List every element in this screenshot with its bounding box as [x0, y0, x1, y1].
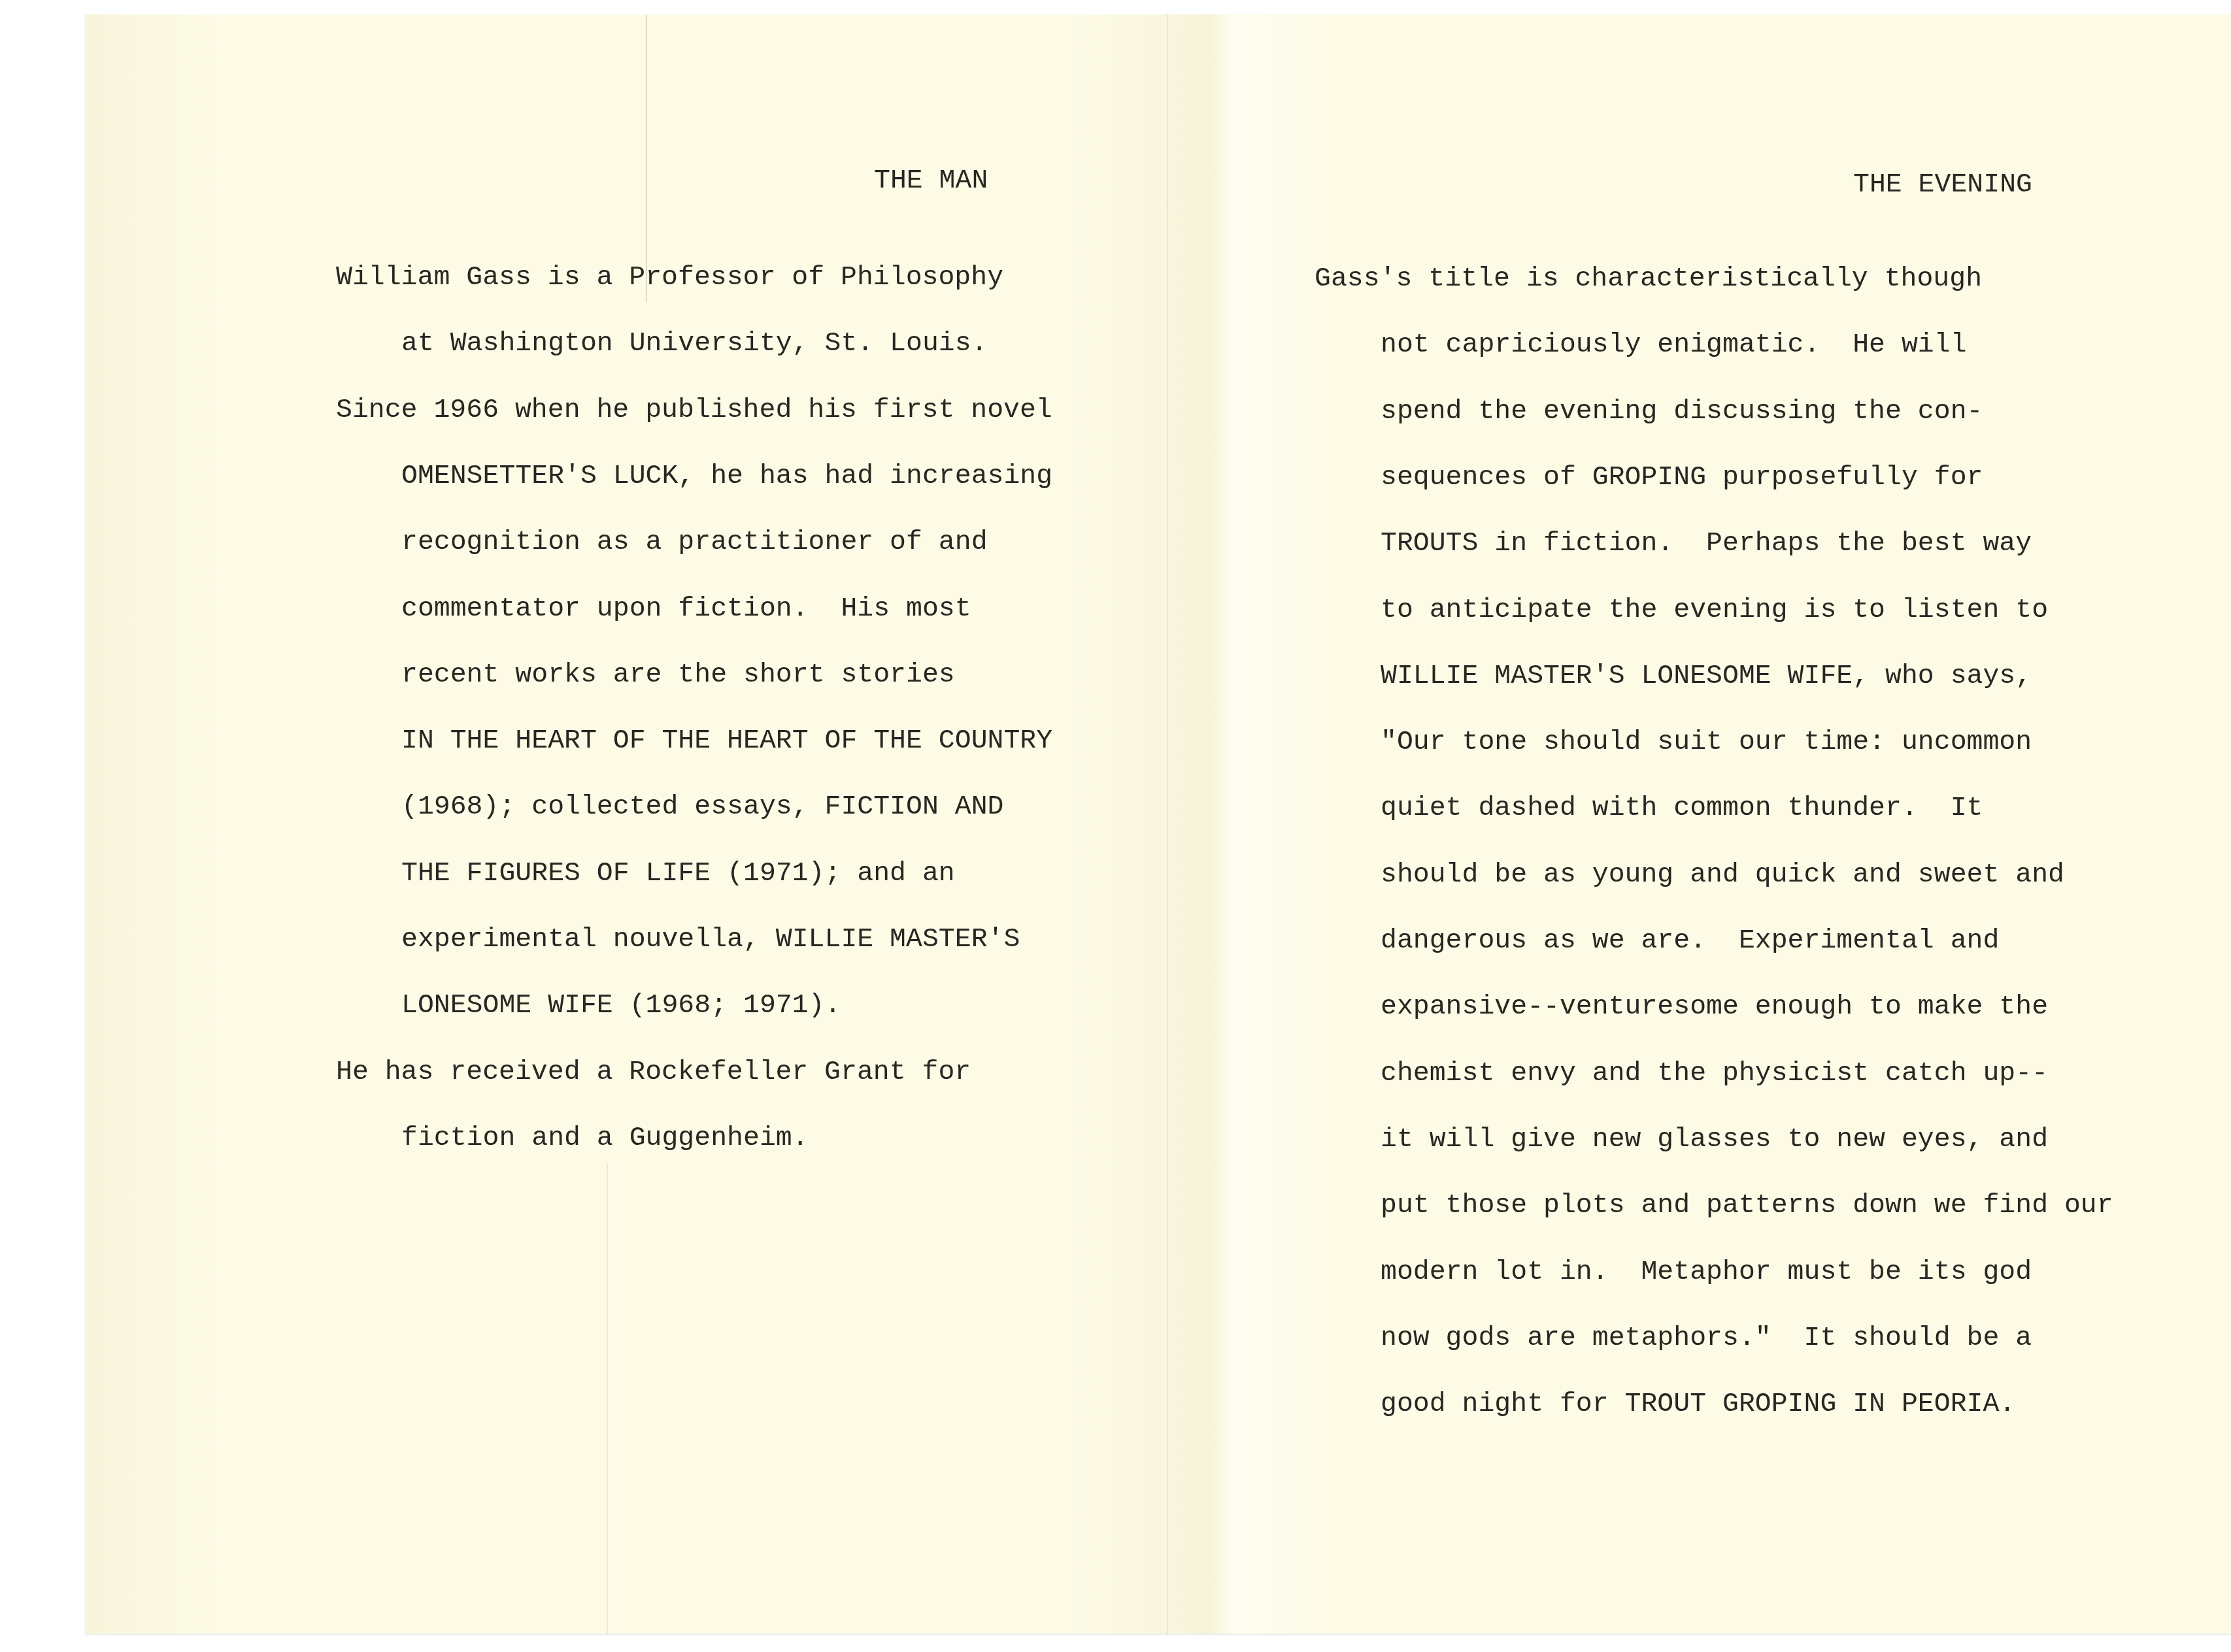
text-line: dangerous as we are. Experimental and	[1381, 927, 1999, 955]
left-page-fold-crease	[646, 14, 647, 302]
text-line: recognition as a practitioner of and	[401, 529, 988, 556]
text-line: quiet dashed with common thunder. It	[1381, 795, 1983, 822]
text-line: to anticipate the evening is to listen t…	[1381, 597, 2048, 624]
text-line: put those plots and patterns down we fin…	[1381, 1192, 2113, 1219]
text-line: not capriciously enigmatic. He will	[1381, 331, 1967, 359]
text-line: spend the evening discussing the con-	[1381, 398, 1983, 425]
text-line: sequences of GROPING purposefully for	[1381, 464, 1983, 491]
text-line: good night for TROUT GROPING IN PEORIA.	[1381, 1391, 2015, 1418]
text-line: now gods are metaphors." It should be a	[1381, 1325, 2032, 1352]
left-page-fold-crease-lower	[607, 1163, 608, 1634]
right-page-heading: THE EVENING	[1853, 171, 2032, 199]
text-line: Gass's title is characteristically thoug…	[1315, 265, 1982, 293]
text-line: WILLIE MASTER'S LONESOME WIFE, who says,	[1381, 663, 2032, 690]
text-line: LONESOME WIFE (1968; 1971).	[401, 992, 841, 1019]
text-line: THE FIGURES OF LIFE (1971); and an	[401, 860, 955, 887]
text-line: IN THE HEART OF THE HEART OF THE COUNTRY	[401, 727, 1052, 755]
text-line: it will give new glasses to new eyes, an…	[1381, 1126, 2048, 1153]
text-line: at Washington University, St. Louis.	[401, 330, 988, 357]
text-line: OMENSETTER'S LUCK, he has had increasing	[401, 463, 1052, 490]
center-fold-crease	[1167, 14, 1168, 1634]
text-line: (1968); collected essays, FICTION AND	[401, 793, 1003, 821]
text-line: "Our tone should suit our time: uncommon	[1381, 729, 2032, 756]
text-line: should be as young and quick and sweet a…	[1381, 861, 2064, 889]
text-line: experimental nouvella, WILLIE MASTER'S	[401, 926, 1020, 953]
text-line: chemist envy and the physicist catch up-…	[1381, 1060, 2048, 1087]
text-line: fiction and a Guggenheim.	[401, 1125, 809, 1152]
text-line: modern lot in. Metaphor must be its god	[1381, 1259, 2032, 1286]
text-line: He has received a Rockefeller Grant for	[336, 1059, 971, 1086]
text-line: expansive--venturesome enough to make th…	[1381, 993, 2048, 1021]
text-line: TROUTS in fiction. Perhaps the best way	[1381, 530, 2032, 557]
text-line: recent works are the short stories	[401, 661, 955, 689]
text-line: Since 1966 when he published his first n…	[336, 397, 1052, 424]
text-line: William Gass is a Professor of Philosoph…	[336, 264, 1003, 291]
text-line: commentator upon fiction. His most	[401, 595, 971, 623]
left-page-heading: THE MAN	[874, 167, 988, 195]
